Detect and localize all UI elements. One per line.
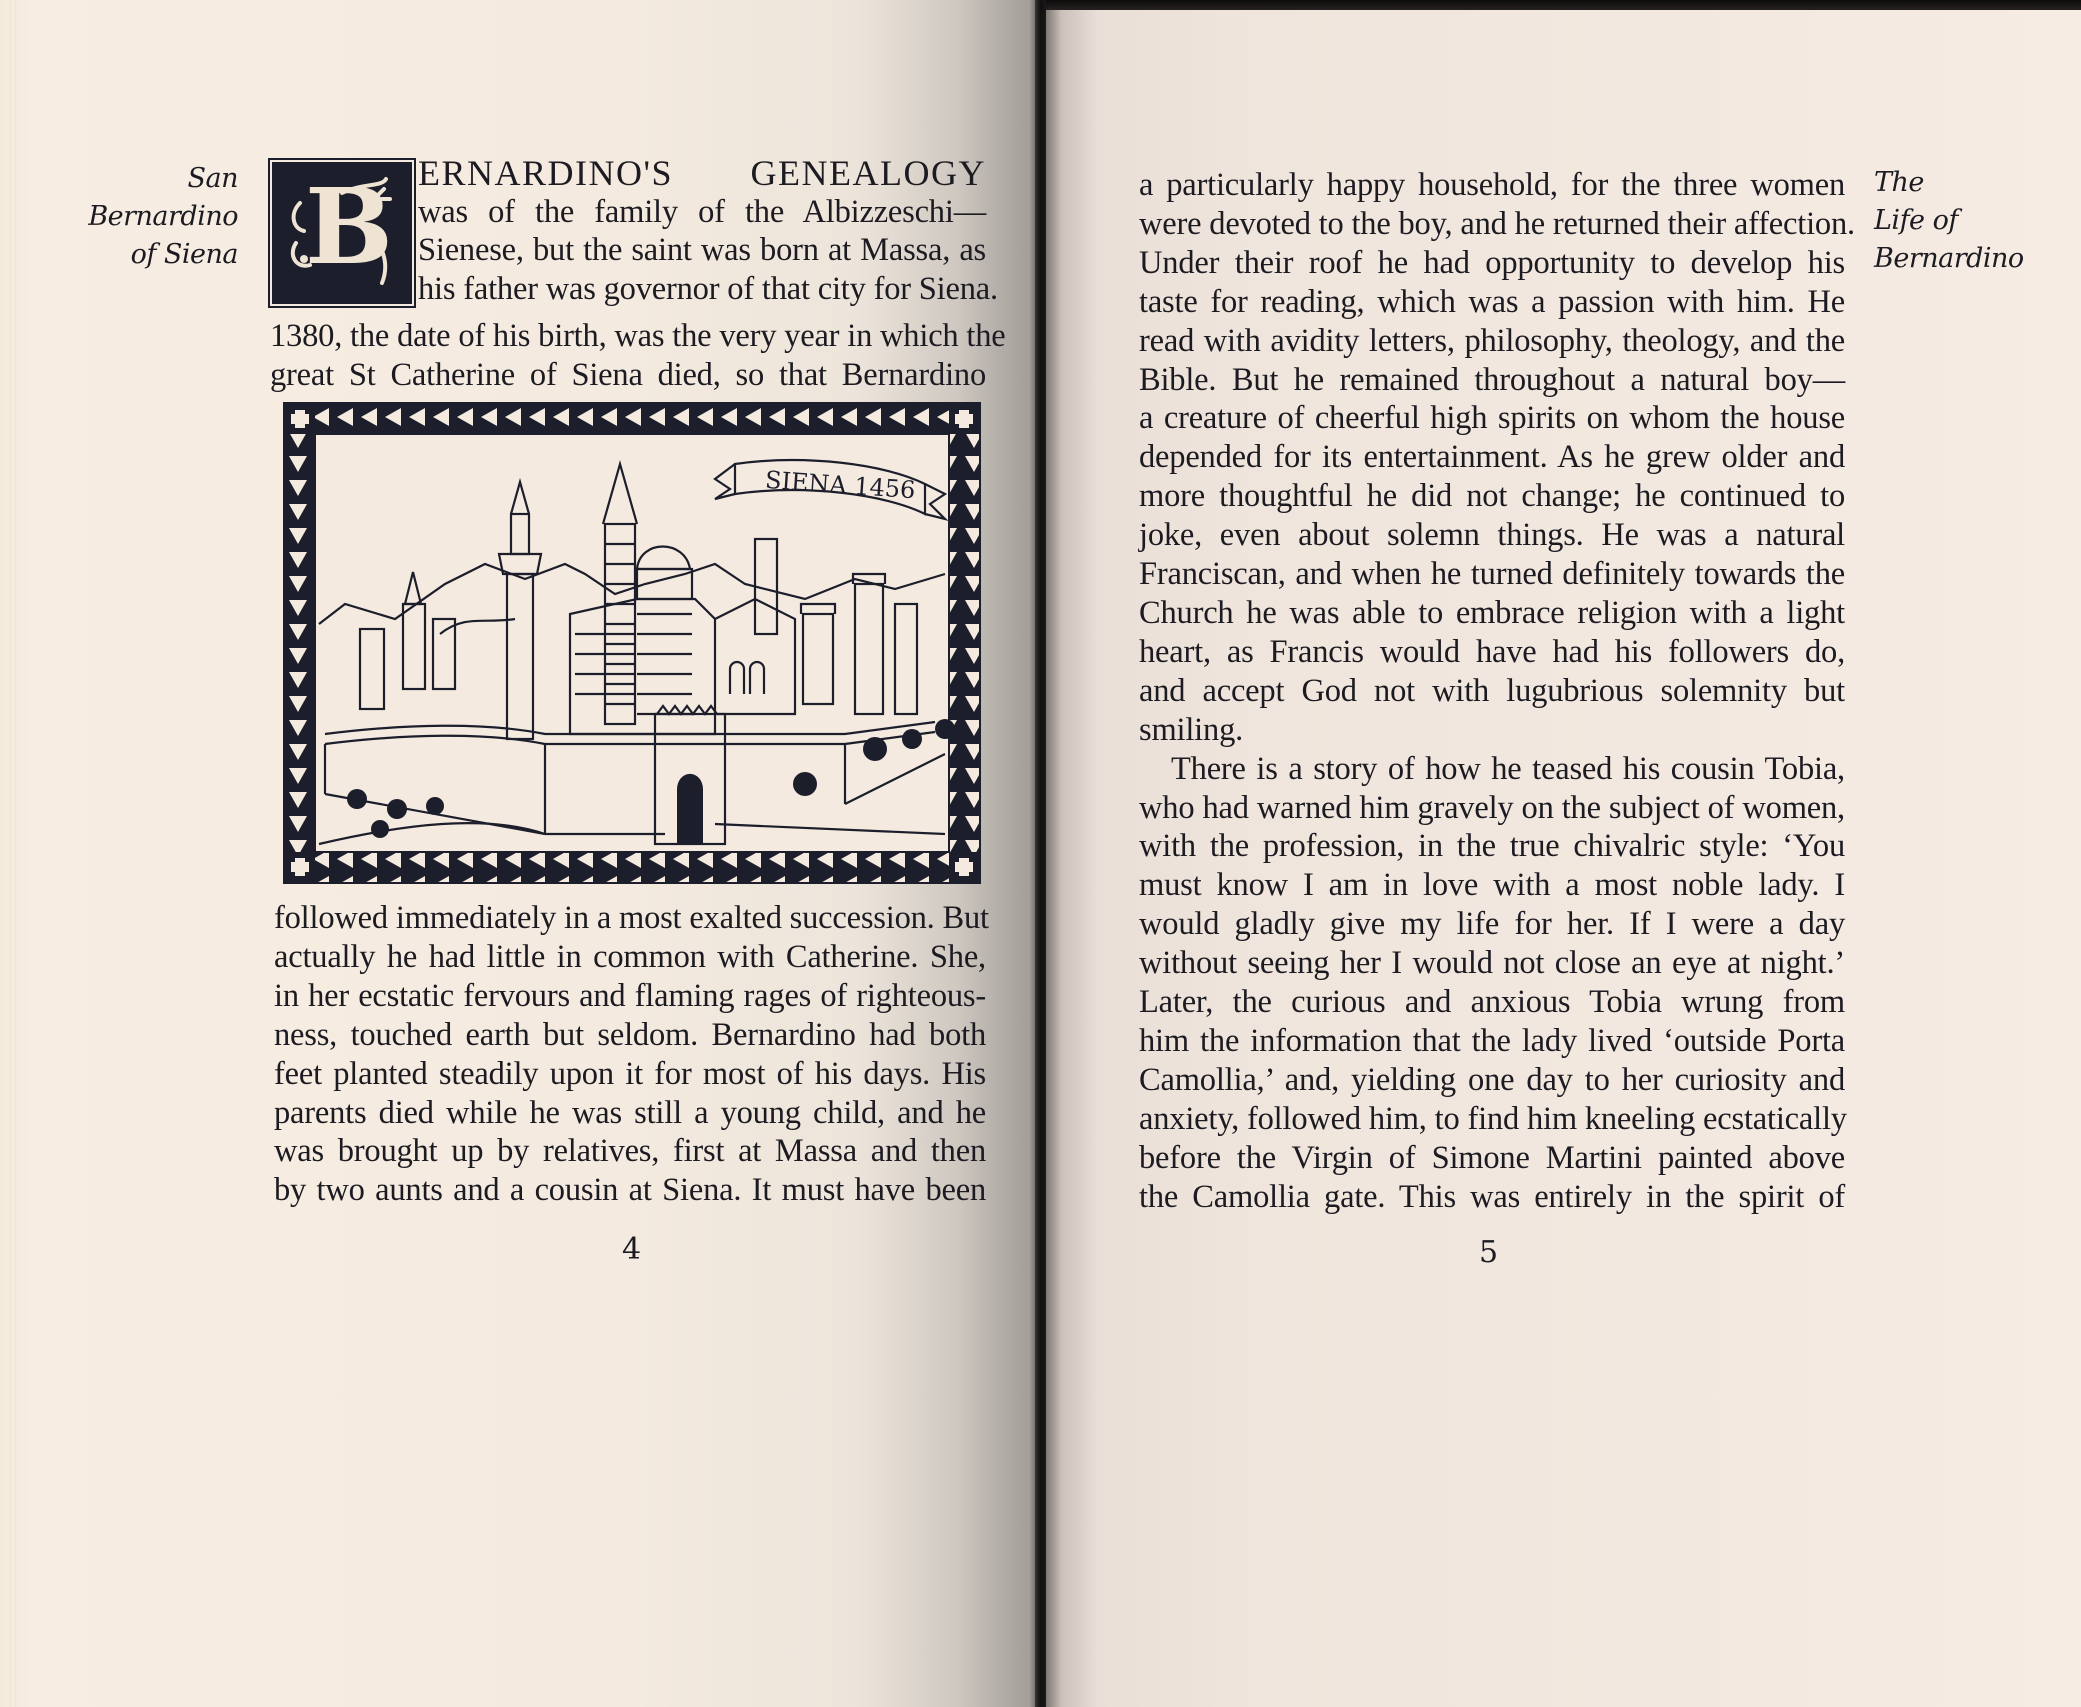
- text-line: must know I am in love with a most noble…: [1139, 866, 1845, 905]
- running-head-line: Life of: [1874, 202, 2064, 240]
- text-line: the Camollia gate. This was entirely in …: [1139, 1178, 1845, 1217]
- text-line: was of the family of the Albizzeschi—: [418, 193, 986, 232]
- text-line: ness, touched earth but seldom. Bernardi…: [274, 1016, 986, 1055]
- text-line: would gladly give my life for her. If I …: [1139, 905, 1845, 944]
- text-line: There is a story of how he teased his co…: [1139, 750, 1845, 789]
- decorated-initial-icon: B: [272, 162, 412, 304]
- text-line: Later, the curious and anxious Tobia wru…: [1139, 983, 1845, 1022]
- siena-woodcut-illustration: SIENA 1456: [283, 402, 981, 884]
- running-head-line: The: [1874, 164, 2064, 202]
- opening-paragraph-continued: 1380, the date of his birth, was the ver…: [270, 317, 986, 395]
- text-line: and accept God not with lugubrious solem…: [1139, 672, 1845, 711]
- text-line: Sienese, but the saint was born at Massa…: [418, 231, 986, 270]
- text-line: 1380, the date of his birth, was the ver…: [270, 317, 986, 356]
- right-page-body: a particularly happy household, for the …: [1139, 166, 1845, 1216]
- page-number-right: 5: [1479, 1235, 1498, 1270]
- text-line: more thoughtful he did not change; he co…: [1139, 477, 1845, 516]
- text-line: depended for its entertainment. As he gr…: [1139, 438, 1845, 477]
- text-line: feet planted steadily upon it for most o…: [274, 1055, 986, 1094]
- text-line: Under their roof he had opportunity to d…: [1139, 244, 1845, 283]
- text-line: read with avidity letters, philosophy, t…: [1139, 322, 1845, 361]
- text-line: with the profession, in the true chivalr…: [1139, 827, 1845, 866]
- chapter-opening: ERNARDINO'S GENEALOGY was of the family …: [418, 154, 986, 308]
- text-line: actually he had little in common with Ca…: [274, 938, 986, 977]
- text-line: great St Catherine of Siena died, so tha…: [270, 356, 986, 395]
- text-line: Franciscan, and when he turned definitel…: [1139, 555, 1845, 594]
- chapter-heading: ERNARDINO'S GENEALOGY: [418, 154, 986, 193]
- text-line: a particularly happy household, for the …: [1139, 166, 1845, 205]
- running-head-line: San: [86, 160, 238, 198]
- page-number-left: 4: [622, 1232, 641, 1267]
- text-line: without seeing her I would not close an …: [1139, 944, 1845, 983]
- running-head-line: Bernardino: [1874, 240, 2064, 278]
- text-line: was brought up by relatives, first at Ma…: [274, 1132, 986, 1171]
- text-line: Camollia,’ and, yielding one day to her …: [1139, 1061, 1845, 1100]
- text-line: parents died while he was still a young …: [274, 1094, 986, 1133]
- left-page-body: followed immediately in a most exalted s…: [274, 899, 986, 1210]
- city-illustration-icon: SIENA 1456: [285, 404, 979, 882]
- text-line: smiling.: [1139, 711, 1845, 750]
- running-head-line: of Siena: [86, 236, 238, 274]
- text-line: his father was governor of that city for…: [418, 270, 986, 309]
- text-line: by two aunts and a cousin at Siena. It m…: [274, 1171, 986, 1210]
- text-line: before the Virgin of Simone Martini pain…: [1139, 1139, 1845, 1178]
- text-line: in her ecstatic fervours and flaming rag…: [274, 977, 986, 1016]
- text-line: anxiety, followed him, to find him kneel…: [1139, 1100, 1845, 1139]
- running-head-right: The Life of Bernardino: [1874, 164, 2064, 278]
- running-head-line: Bernardino: [86, 198, 238, 236]
- text-line: him the information that the lady lived …: [1139, 1022, 1845, 1061]
- text-line: Bible. But he remained throughout a natu…: [1139, 361, 1845, 400]
- text-line: Church he was able to embrace religion w…: [1139, 594, 1845, 633]
- text-line: were devoted to the boy, and he returned…: [1139, 205, 1845, 244]
- text-line: joke, even about solemn things. He was a…: [1139, 516, 1845, 555]
- text-line: who had warned him gravely on the subjec…: [1139, 789, 1845, 828]
- text-line: heart, as Francis would have had his fol…: [1139, 633, 1845, 672]
- book-spread: San Bernardino of Siena B ERNARDINO'S GE…: [0, 0, 2081, 1707]
- text-line: followed immediately in a most exalted s…: [274, 899, 986, 938]
- running-head-left: San Bernardino of Siena: [86, 160, 238, 274]
- drop-cap-letter: B: [305, 175, 393, 279]
- text-line: a creature of cheerful high spirits on w…: [1139, 399, 1845, 438]
- text-line: taste for reading, which was a passion w…: [1139, 283, 1845, 322]
